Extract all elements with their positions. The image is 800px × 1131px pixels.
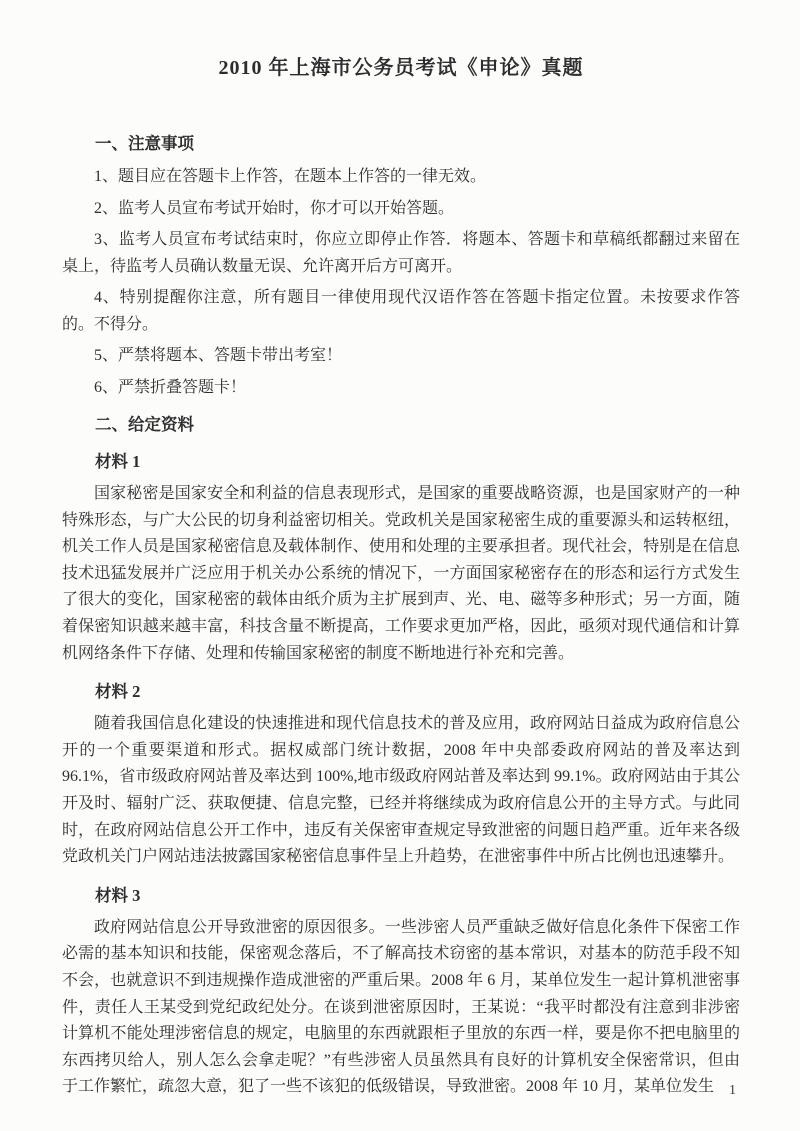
material-1-label: 材料 1	[62, 450, 740, 474]
material-3-label: 材料 3	[62, 884, 740, 908]
notice-item-6: 6、严禁折叠答题卡！	[62, 375, 740, 402]
notice-item-5: 5、严禁将题本、答题卡带出考室！	[62, 343, 740, 370]
material-1-text: 国家秘密是国家安全和利益的信息表现形式，是国家的重要战略资源，也是国家财产的一种…	[62, 481, 740, 667]
document-title: 2010 年上海市公务员考试《申论》真题	[62, 54, 740, 82]
material-2-text: 随着我国信息化建设的快速推进和现代信息技术的普及应用，政府网站日益成为政府信息公…	[62, 711, 740, 871]
document-page: 2010 年上海市公务员考试《申论》真题 一、注意事项 1、题目应在答题卡上作答…	[0, 0, 800, 1131]
document-content: 2010 年上海市公务员考试《申论》真题 一、注意事项 1、题目应在答题卡上作答…	[0, 0, 800, 1101]
notice-item-3: 3、监考人员宣布考试结束时，你应立即停止作答．将题本、答题卡和草稿纸都翻过来留在…	[62, 227, 740, 280]
notice-item-2: 2、监考人员宣布考试开始时，你才可以开始答题。	[62, 196, 740, 223]
notice-section-heading: 一、注意事项	[62, 132, 740, 156]
notice-item-4: 4、特别提醒你注意，所有题目一律使用现代汉语作答在答题卡指定位置。未按要求作答的…	[62, 285, 740, 338]
material-3-text: 政府网站信息公开导致泄密的原因很多。一些涉密人员严重缺乏做好信息化条件下保密工作…	[62, 915, 740, 1101]
material-2-label: 材料 2	[62, 680, 740, 704]
notice-item-1: 1、题目应在答题卡上作答，在题本上作答的一律无效。	[62, 164, 740, 191]
materials-section-heading: 二、给定资料	[62, 413, 740, 437]
page-number: 1	[729, 1083, 736, 1099]
